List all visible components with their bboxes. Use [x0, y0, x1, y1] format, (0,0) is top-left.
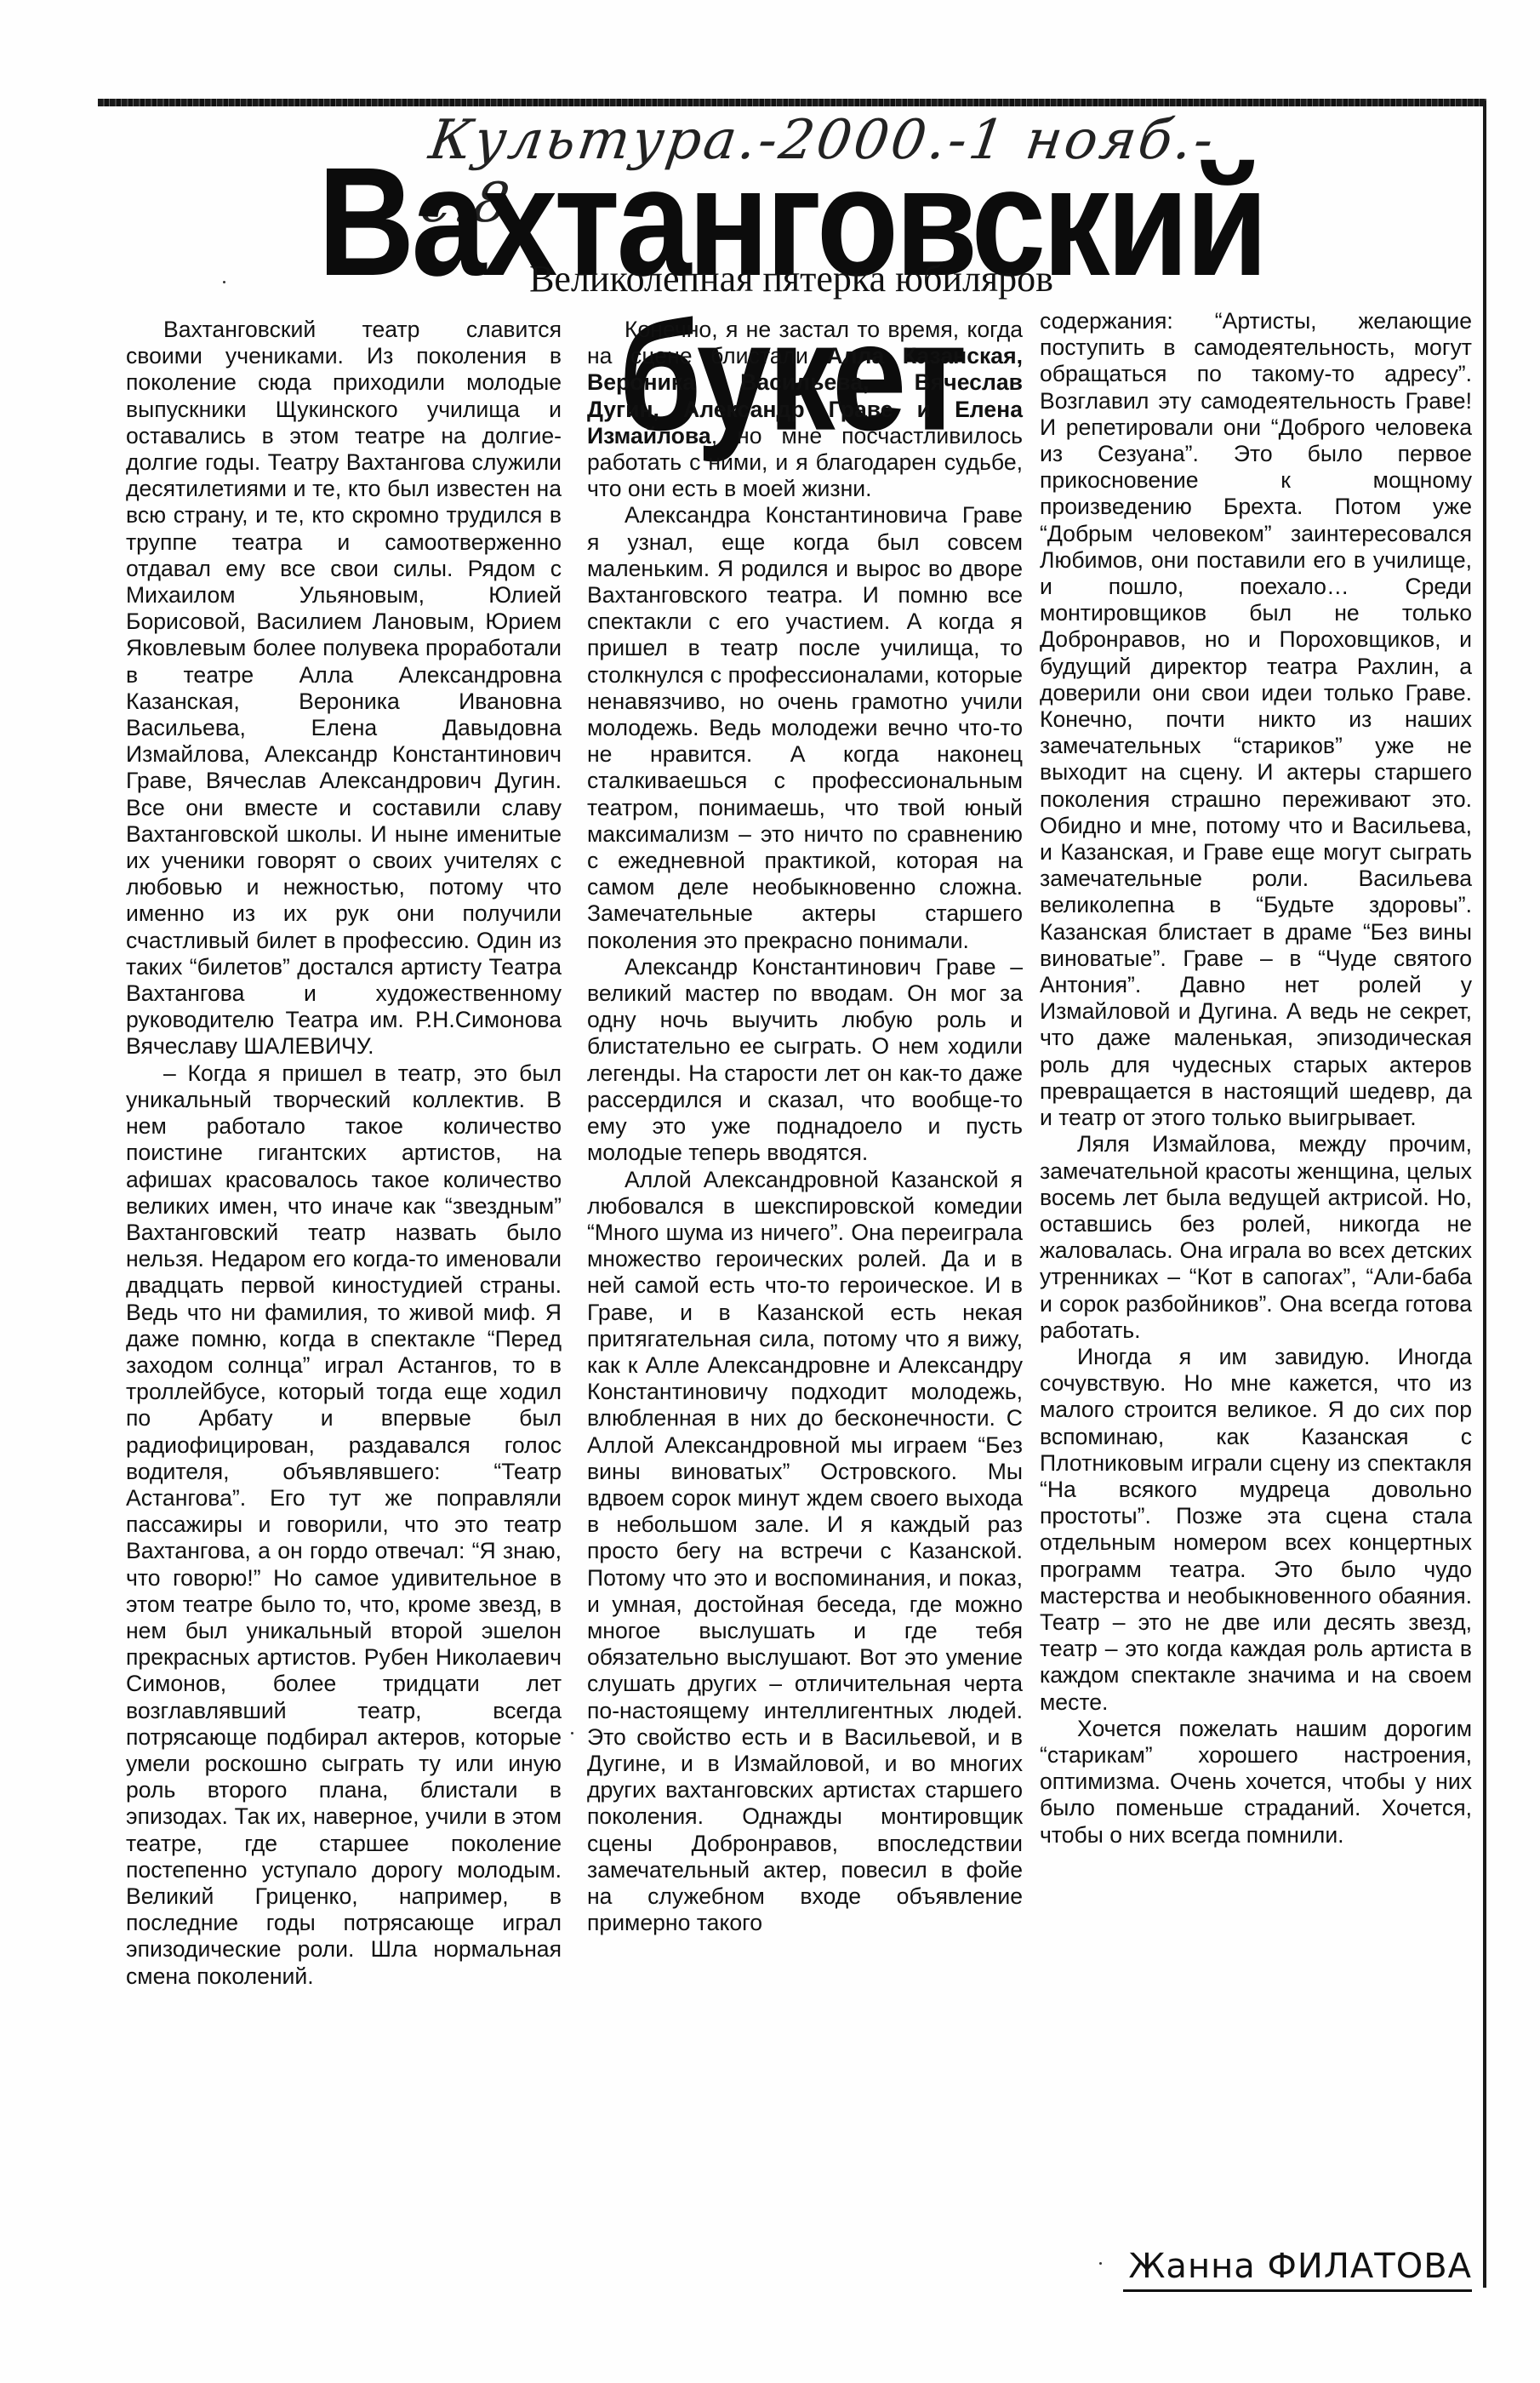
article-column-3: содержания: “Артисты, желающие поступить… — [1040, 308, 1472, 1849]
article-column-2: Конечно, я не застал то время, когда на … — [587, 317, 1023, 1936]
right-border-rule — [1483, 100, 1486, 2288]
article-subheadline: Великолепная пятерка юбиляров — [255, 257, 1327, 300]
paragraph: Вахтанговский театр славится своими учен… — [126, 317, 562, 1060]
top-border-rule — [98, 99, 1486, 106]
article-column-1: Вахтанговский театр славится своими учен… — [126, 317, 562, 1990]
scan-speck — [571, 1732, 573, 1734]
paragraph: Аллой Александровной Казанской я любовал… — [587, 1167, 1023, 1937]
paragraph: Хочется пожелать нашим дорогим “старикам… — [1040, 1716, 1472, 1849]
paragraph: Ляля Измайлова, между прочим, замечатель… — [1040, 1131, 1472, 1344]
paragraph-continued: содержания: “Артисты, желающие поступить… — [1040, 308, 1472, 1131]
scan-speck — [1099, 2262, 1102, 2265]
newspaper-page: Культура.-2000.-1 нояб.- с.8 Вахтанговск… — [0, 0, 1540, 2383]
author-byline: Жанна ФИЛАТОВА — [1123, 2247, 1472, 2292]
paragraph: Иногда я им завидую. Иногда сочувствую. … — [1040, 1344, 1472, 1716]
paragraph-lead: Конечно, я не застал то время, когда на … — [587, 317, 1023, 502]
paragraph: – Когда я пришел в театр, это был уникал… — [126, 1060, 562, 1990]
paragraph: Александра Константиновича Граве я узнал… — [587, 502, 1023, 953]
paragraph: Александр Константинович Граве – великий… — [587, 954, 1023, 1167]
scan-speck — [223, 281, 225, 283]
